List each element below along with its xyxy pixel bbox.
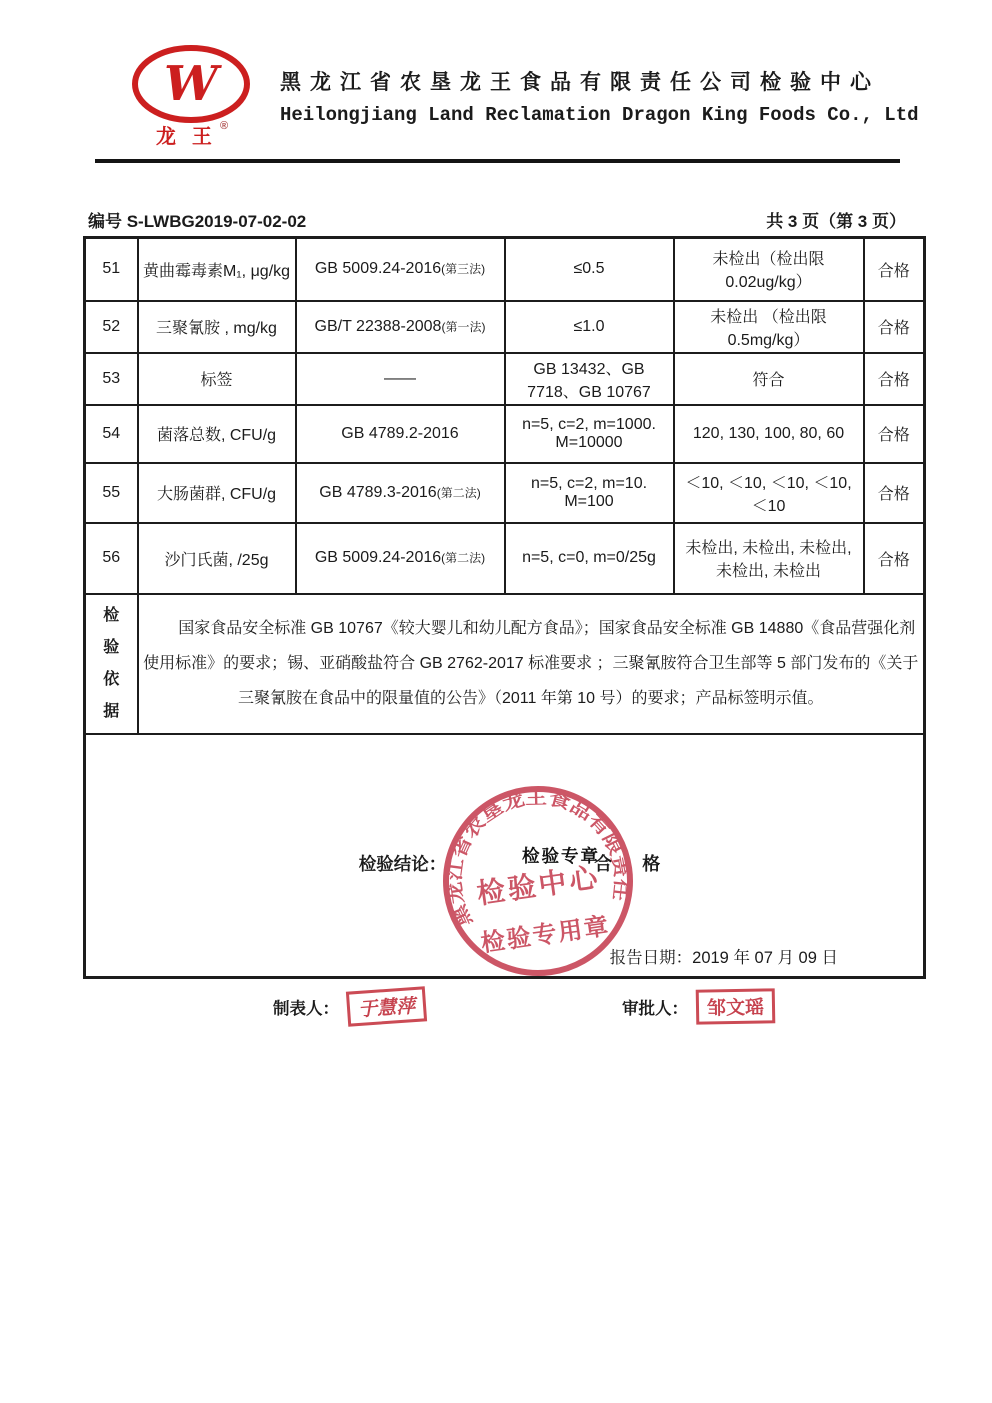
- conclusion-value: 合 格: [594, 854, 662, 874]
- header-divider: [95, 159, 900, 163]
- basis-row: 检 验 依 据 国家食品安全标准 GB 10767《较大婴儿和幼儿配方食品》；国…: [85, 594, 925, 734]
- method-code: GB 5009.24-2016: [315, 549, 441, 566]
- seal-bottom-text: 检验专用章: [479, 911, 612, 957]
- basis-label: 检 验 依 据: [85, 594, 138, 734]
- row-method: GB 5009.24-2016(第二法): [296, 523, 505, 594]
- company-title-cn: 黑龙江省农垦龙王食品有限责任公司检验中心: [280, 66, 919, 96]
- row-method: GB 5009.24-2016(第三法): [296, 238, 505, 301]
- row-result: ＜10, ＜10, ＜10, ＜10, ＜10: [674, 463, 864, 523]
- row-method: ——: [296, 353, 505, 405]
- approver-name-stamp: 邹文瑶: [696, 988, 776, 1024]
- table-row: 56 沙门氏菌, /25g GB 5009.24-2016(第二法) n=5, …: [85, 523, 925, 594]
- method-note: (第一法): [441, 320, 485, 334]
- approver-label: 审批人：: [622, 995, 688, 1019]
- logo-wordmark-text: 龙王: [156, 126, 228, 148]
- row-no: 52: [85, 301, 138, 353]
- row-requirement: ≤0.5: [505, 238, 674, 301]
- row-requirement: n=5, c=0, m=0/25g: [505, 523, 674, 594]
- row-item: 大肠菌群, CFU/g: [138, 463, 296, 523]
- row-conclusion: 合格: [864, 353, 925, 405]
- row-result: 未检出 （检出限 0.5mg/kg）: [674, 301, 864, 353]
- row-conclusion: 合格: [864, 405, 925, 463]
- row-conclusion: 合格: [864, 523, 925, 594]
- page-indicator: 共 3 页（第 3 页）: [766, 207, 906, 232]
- inspection-report-page: W 龙王® 黑龙江省农垦龙王食品有限责任公司检验中心 Heilongjiang …: [0, 0, 992, 1403]
- row-conclusion: 合格: [864, 301, 925, 353]
- row-requirement: GB 13432、GB 7718、GB 10767: [505, 353, 674, 405]
- signature-row: 制表人： 于慧萍 审批人： 邹文瑶: [83, 989, 923, 1024]
- method-code: GB 5009.24-2016: [315, 260, 441, 277]
- method-note: (第二法): [441, 551, 485, 565]
- row-no: 55: [85, 463, 138, 523]
- row-requirement: n=5, c=2, m=10. M=100: [505, 463, 674, 523]
- row-no: 54: [85, 405, 138, 463]
- row-no: 53: [85, 353, 138, 405]
- company-header: W 龙王® 黑龙江省农垦龙王食品有限责任公司检验中心 Heilongjiang …: [0, 0, 992, 149]
- row-no: 56: [85, 523, 138, 594]
- conclusion-cell: 检验结论：合 格 黑龙江省农垦龙王食品有限责任公司 检验中心: [85, 734, 925, 978]
- table-row: 51 黄曲霉毒素M₁, μg/kg GB 5009.24-2016(第三法) ≤…: [85, 238, 925, 301]
- conclusion-label: 检验结论：: [359, 854, 447, 874]
- seal-overlay-label: 检验专章: [522, 843, 600, 868]
- row-item: 标签: [138, 353, 296, 405]
- table-row: 54 菌落总数, CFU/g GB 4789.2-2016 n=5, c=2, …: [85, 405, 925, 463]
- row-item: 沙门氏菌, /25g: [138, 523, 296, 594]
- row-conclusion: 合格: [864, 238, 925, 301]
- method-code: ——: [384, 370, 416, 387]
- row-result: 未检出（检出限 0.02ug/kg）: [674, 238, 864, 301]
- basis-text: 国家食品安全标准 GB 10767《较大婴儿和幼儿配方食品》；国家食品安全标准 …: [138, 594, 925, 734]
- row-method: GB/T 22388-2008(第一法): [296, 301, 505, 353]
- conclusion-line: 检验结论：合 格: [90, 834, 919, 876]
- company-logo: W 龙王®: [116, 42, 266, 149]
- logo-mark: W: [164, 56, 222, 112]
- row-result: 未检出, 未检出, 未检出, 未检出, 未检出: [674, 523, 864, 594]
- maker-name-stamp: 于慧萍: [346, 986, 427, 1026]
- method-note: (第三法): [441, 262, 485, 276]
- conclusion-row: 检验结论：合 格 黑龙江省农垦龙王食品有限责任公司 检验中心: [85, 734, 925, 978]
- method-note: (第二法): [437, 486, 481, 500]
- title-block: 黑龙江省农垦龙王食品有限责任公司检验中心 Heilongjiang Land R…: [280, 66, 919, 126]
- report-number: 编号 S-LWBG2019-07-02-02: [88, 207, 306, 232]
- table-row: 55 大肠菌群, CFU/g GB 4789.3-2016(第二法) n=5, …: [85, 463, 925, 523]
- row-method: GB 4789.3-2016(第二法): [296, 463, 505, 523]
- row-conclusion: 合格: [864, 463, 925, 523]
- method-code: GB 4789.2-2016: [341, 425, 458, 442]
- results-table: 51 黄曲霉毒素M₁, μg/kg GB 5009.24-2016(第三法) ≤…: [83, 236, 926, 979]
- row-result: 符合: [674, 353, 864, 405]
- row-method: GB 4789.2-2016: [296, 405, 505, 463]
- table-row: 53 标签 —— GB 13432、GB 7718、GB 10767 符合 合格: [85, 353, 925, 405]
- row-result: 120, 130, 100, 80, 60: [674, 405, 864, 463]
- row-no: 51: [85, 238, 138, 301]
- document-meta-row: 编号 S-LWBG2019-07-02-02 共 3 页（第 3 页）: [88, 207, 906, 232]
- registered-trademark-icon: ®: [220, 120, 228, 132]
- company-title-en: Heilongjiang Land Reclamation Dragon Kin…: [280, 104, 919, 126]
- row-item: 三聚氰胺 , mg/kg: [138, 301, 296, 353]
- logo-wordmark: 龙王®: [116, 120, 266, 149]
- row-item: 黄曲霉毒素M₁, μg/kg: [138, 238, 296, 301]
- maker-label: 制表人：: [273, 995, 339, 1019]
- method-code: GB 4789.3-2016: [319, 484, 436, 501]
- row-item: 菌落总数, CFU/g: [138, 405, 296, 463]
- dragon-king-logo-icon: W: [128, 42, 254, 126]
- method-code: GB/T 22388-2008: [315, 318, 442, 335]
- report-date: 报告日期：2019 年 07 月 09 日: [610, 944, 838, 968]
- row-requirement: n=5, c=2, m=1000. M=10000: [505, 405, 674, 463]
- table-row: 52 三聚氰胺 , mg/kg GB/T 22388-2008(第一法) ≤1.…: [85, 301, 925, 353]
- row-requirement: ≤1.0: [505, 301, 674, 353]
